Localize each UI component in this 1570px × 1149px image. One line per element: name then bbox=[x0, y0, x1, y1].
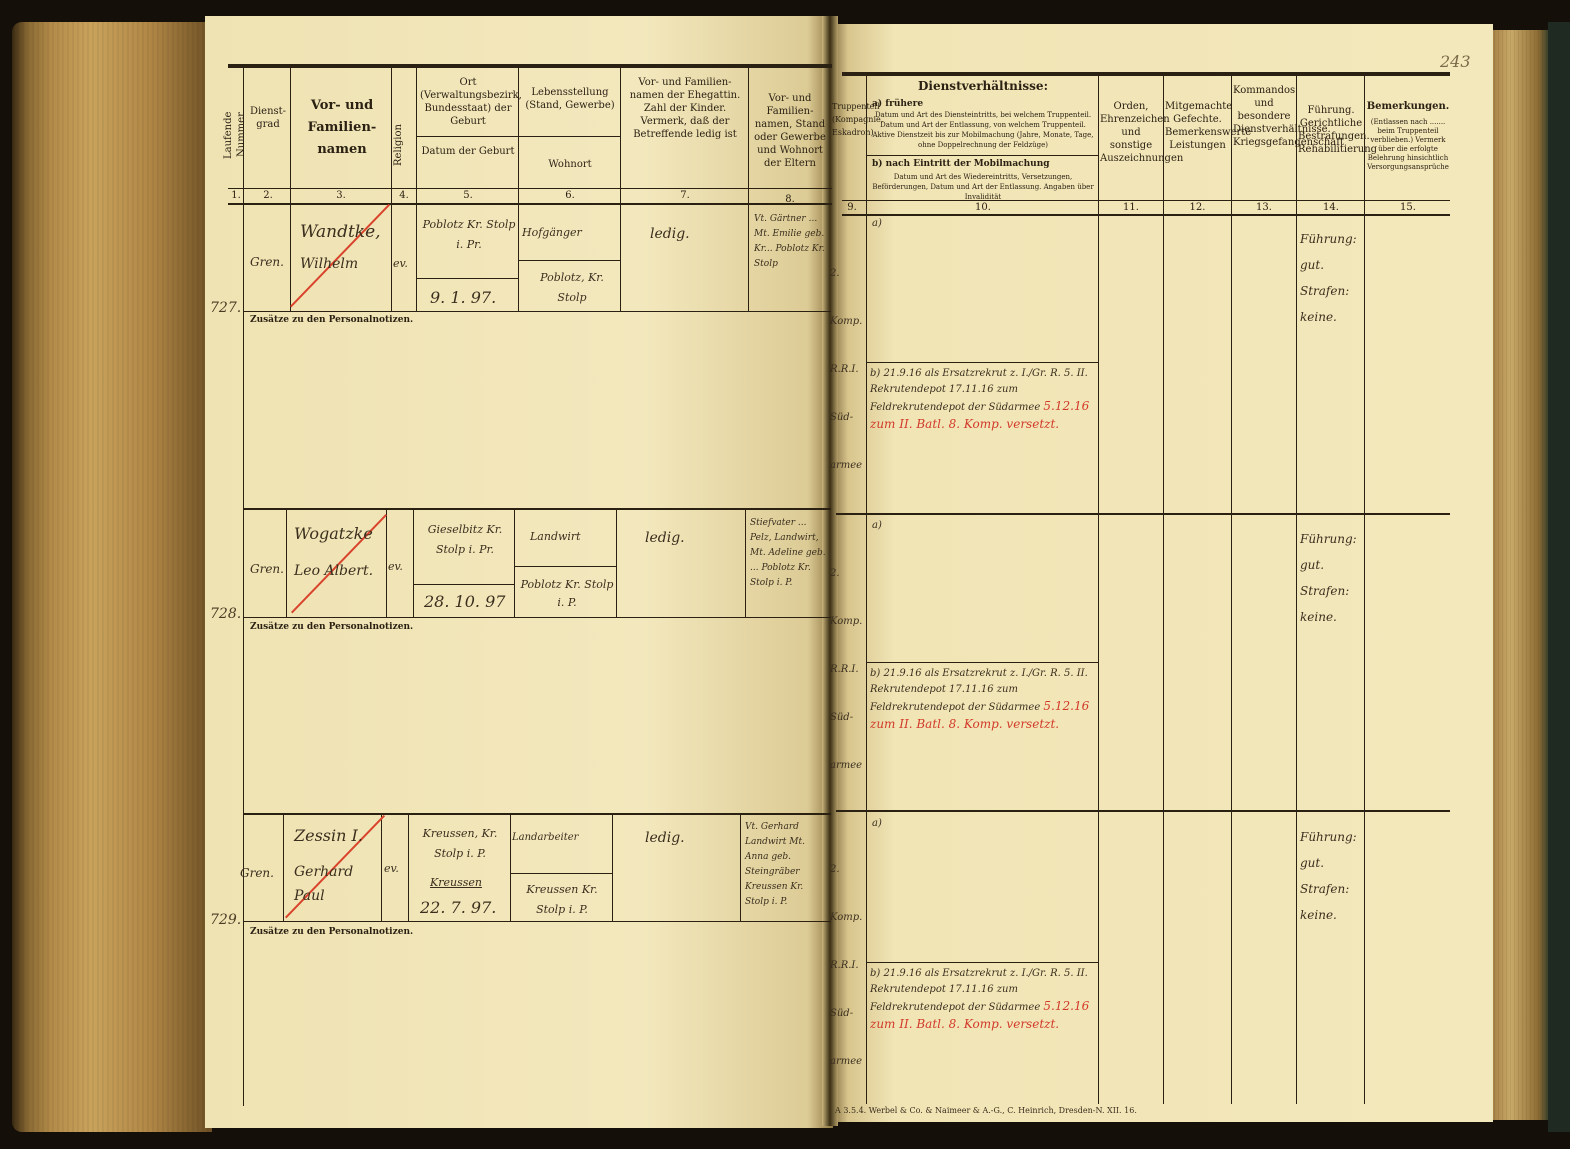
col-number: 6. bbox=[520, 190, 620, 201]
cell-divider bbox=[413, 584, 514, 585]
occupation: Hofgänger bbox=[522, 226, 582, 239]
parents: Vt. Gerhard Landwirt Mt. Anna geb. Stein… bbox=[745, 820, 825, 910]
entry-divider bbox=[243, 508, 831, 510]
cell-divider bbox=[391, 206, 392, 311]
religion: ev. bbox=[393, 257, 408, 270]
col-number: 10. bbox=[868, 202, 1098, 213]
cell-divider bbox=[616, 510, 617, 617]
col-header-service-title: Dienstverhältnisse: bbox=[870, 80, 1096, 93]
col-header-birthdate: Datum der Geburt bbox=[420, 145, 516, 158]
col-divider bbox=[1231, 74, 1232, 1104]
parents: Vt. Gärtner ... Mt. Emilie geb. Kr... Po… bbox=[754, 212, 828, 272]
col-divider bbox=[243, 66, 244, 1106]
col-header-number: Laufende Nummer bbox=[222, 90, 246, 180]
additions-label: Zusätze zu den Personalnotizen. bbox=[250, 927, 413, 937]
cell-divider bbox=[286, 510, 287, 617]
service-a: a) bbox=[872, 218, 882, 229]
col-header-religion: Religion bbox=[392, 110, 416, 180]
occupation: Landwirt bbox=[530, 530, 581, 543]
service-a: a) bbox=[872, 520, 882, 531]
residence: Poblotz Kr. Stolp i. P. bbox=[520, 576, 614, 612]
spouse-status: ledig. bbox=[645, 530, 685, 546]
cell-divider bbox=[866, 662, 1098, 663]
cell-divider bbox=[612, 815, 613, 921]
page-number: 243 bbox=[1440, 52, 1471, 71]
rank: Gren. bbox=[250, 562, 284, 576]
col-header-conduct: Führung. Gerichtliche Bestrafungen. Reha… bbox=[1298, 104, 1364, 156]
birthdate: 22. 7. 97. bbox=[420, 898, 496, 917]
additions-label: Zusätze zu den Personalnotizen. bbox=[250, 315, 413, 325]
col-number: 4. bbox=[392, 190, 416, 201]
header-bottom-rule bbox=[228, 203, 832, 205]
cell-divider bbox=[290, 206, 291, 311]
col-number: 2. bbox=[246, 190, 290, 201]
col-divider bbox=[1098, 74, 1099, 1104]
spouse-status: ledig. bbox=[645, 830, 685, 846]
cell-divider bbox=[740, 815, 741, 921]
header-divider bbox=[228, 188, 832, 189]
cell-divider bbox=[514, 510, 515, 617]
unit: 2. Komp. R.R.I. Süd-armee bbox=[830, 250, 866, 490]
col-number: 1. bbox=[228, 190, 244, 201]
header-top-rule bbox=[228, 64, 832, 68]
col-header-decorations: Orden, Ehrenzeichen und sonstige Auszeic… bbox=[1100, 100, 1162, 165]
unit: 2. Komp. R.R.I. Süd-armee bbox=[830, 846, 866, 1086]
col-header-commands: Kommandos und besondere Dienstverhältnis… bbox=[1233, 84, 1295, 149]
cell-divider bbox=[416, 206, 417, 311]
entry-number: 728. bbox=[210, 606, 241, 622]
given-name: Gerhard Paul bbox=[294, 860, 380, 908]
additions-label: Zusätze zu den Personalnotizen. bbox=[250, 622, 413, 632]
birthplace: Poblotz Kr. Stolp i. Pr. bbox=[422, 215, 516, 255]
col-divider bbox=[748, 66, 749, 206]
entry-number: 729. bbox=[210, 912, 241, 928]
service-a-text: Datum und Art des Diensteintritts, bei w… bbox=[872, 110, 1094, 150]
col-divider bbox=[290, 66, 291, 206]
col-number: 13. bbox=[1233, 202, 1295, 213]
birthdate: 9. 1. 97. bbox=[430, 288, 496, 307]
col-header-spouse: Vor- und Familien-namen der Ehegattin. Z… bbox=[624, 76, 746, 141]
birthdate: 28. 10. 97 bbox=[424, 592, 505, 611]
col-divider bbox=[1364, 74, 1365, 1104]
unit: 2. Komp. R.R.I. Süd-armee bbox=[830, 550, 866, 790]
birthplace-note: Kreussen bbox=[430, 876, 482, 889]
col-divider bbox=[620, 66, 621, 206]
col-divider bbox=[866, 74, 867, 1104]
occupation: Landarbeiter bbox=[512, 832, 578, 843]
col-number: 5. bbox=[418, 190, 518, 201]
residence: Kreussen Kr. Stolp i. P. bbox=[514, 880, 610, 920]
row-divider bbox=[243, 311, 831, 312]
row-divider bbox=[243, 921, 831, 922]
birthplace: Kreussen, Kr. Stolp i. P. bbox=[412, 824, 508, 864]
cell-divider bbox=[416, 278, 518, 279]
given-name: Wilhelm bbox=[300, 256, 358, 272]
col-header-residence: Wohnort bbox=[522, 158, 618, 171]
col-header-birthplace: Ort (Verwaltungsbezirk, Bundesstaat) der… bbox=[420, 76, 516, 128]
parents: Stiefvater ... Pelz, Landwirt, Mt. Adeli… bbox=[750, 516, 828, 591]
cell-divider bbox=[510, 873, 612, 874]
col-header-remarks-sub: (Entlassen nach ....... beim Truppenteil… bbox=[1366, 118, 1450, 172]
cell-divider bbox=[514, 566, 616, 567]
service-b: b) 21.9.16 als Ersatzrekrut z. I./Gr. R.… bbox=[870, 966, 1096, 1034]
book-cover bbox=[1548, 22, 1570, 1132]
spouse-status: ledig. bbox=[650, 226, 690, 242]
entry-divider bbox=[836, 513, 1450, 515]
cell-divider bbox=[386, 510, 387, 617]
col-number: 7. bbox=[622, 190, 748, 201]
col-number: 9. bbox=[840, 202, 864, 213]
col-header-name: Vor- und Familien-namen bbox=[296, 95, 388, 161]
col-header-remarks: Bemerkungen. bbox=[1366, 100, 1450, 113]
entry-divider bbox=[836, 810, 1450, 812]
col-header-occupation: Lebensstellung (Stand, Gewerbe) bbox=[522, 86, 618, 112]
birthplace: Gieselbitz Kr. Stolp i. Pr. bbox=[418, 520, 512, 560]
col-number: 11. bbox=[1100, 202, 1162, 213]
service-b: b) 21.9.16 als Ersatzrekrut z. I./Gr. R.… bbox=[870, 366, 1096, 434]
col-number: 14. bbox=[1298, 202, 1364, 213]
header-bottom-rule-right bbox=[842, 214, 1450, 216]
col-divider bbox=[1163, 74, 1164, 1104]
surname: Wogatzke bbox=[294, 524, 373, 543]
religion: ev. bbox=[388, 560, 403, 573]
cell-divider bbox=[518, 260, 620, 261]
rank: Gren. bbox=[240, 866, 274, 880]
col-number: 12. bbox=[1165, 202, 1230, 213]
cell-divider bbox=[408, 815, 409, 921]
col-number: 8. bbox=[750, 194, 830, 205]
col-header-rank: Dienst-grad bbox=[246, 105, 290, 131]
printer-imprint: A 3.5.4. Werbel & Co. & Naimeer & A.-G.,… bbox=[835, 1106, 1137, 1115]
conduct: Führung: gut. Strafen: keine. bbox=[1300, 824, 1360, 928]
cell-divider bbox=[866, 362, 1098, 363]
col-header-battles: Mitgemachte Gefechte. Bemerkenswerte Lei… bbox=[1165, 100, 1230, 152]
cell-divider bbox=[413, 510, 414, 617]
cell-divider bbox=[283, 815, 284, 921]
residence: Poblotz, Kr. Stolp bbox=[526, 268, 618, 308]
service-b: b) 21.9.16 als Ersatzrekrut z. I./Gr. R.… bbox=[870, 666, 1096, 734]
given-name: Leo Albert. bbox=[294, 560, 384, 582]
header-subdivider bbox=[416, 136, 620, 137]
cell-divider bbox=[518, 206, 519, 311]
service-b-text: Datum und Art des Wiedereintritts, Verse… bbox=[872, 172, 1094, 202]
header-subdivider bbox=[866, 155, 1098, 156]
entry-divider bbox=[243, 813, 831, 815]
header-top-rule-right bbox=[842, 72, 1450, 76]
col-header-parents: Vor- und Familien-namen, Stand oder Gewe… bbox=[752, 92, 828, 170]
surname: Wandtke, bbox=[300, 222, 381, 242]
row-divider bbox=[243, 617, 831, 618]
page-stack-right bbox=[1490, 30, 1550, 1120]
col-number: 3. bbox=[292, 190, 390, 201]
cell-divider bbox=[381, 815, 382, 921]
col-divider bbox=[1296, 74, 1297, 1104]
open-ledger-book: 243 Laufende Nummer Dienst-grad Vor- und… bbox=[0, 0, 1570, 1149]
rank: Gren. bbox=[250, 255, 284, 269]
col-number: 15. bbox=[1366, 202, 1450, 213]
page-stack-left bbox=[12, 22, 212, 1132]
surname: Zessin I. bbox=[294, 826, 363, 845]
conduct: Führung: gut. Strafen: keine. bbox=[1300, 226, 1360, 330]
cell-divider bbox=[620, 206, 621, 311]
entry-number: 727. bbox=[210, 300, 241, 316]
service-a: a) bbox=[872, 818, 882, 829]
cell-divider bbox=[866, 962, 1098, 963]
cell-divider bbox=[745, 510, 746, 617]
conduct: Führung: gut. Strafen: keine. bbox=[1300, 526, 1360, 630]
service-b-label: b) nach Eintritt der Mobilmachung bbox=[872, 158, 1094, 171]
col-header-unit: Truppenteil (Kompagnie, Eskadron) bbox=[832, 100, 866, 139]
religion: ev. bbox=[384, 862, 399, 875]
cell-divider bbox=[510, 815, 511, 921]
cell-divider bbox=[748, 206, 749, 311]
